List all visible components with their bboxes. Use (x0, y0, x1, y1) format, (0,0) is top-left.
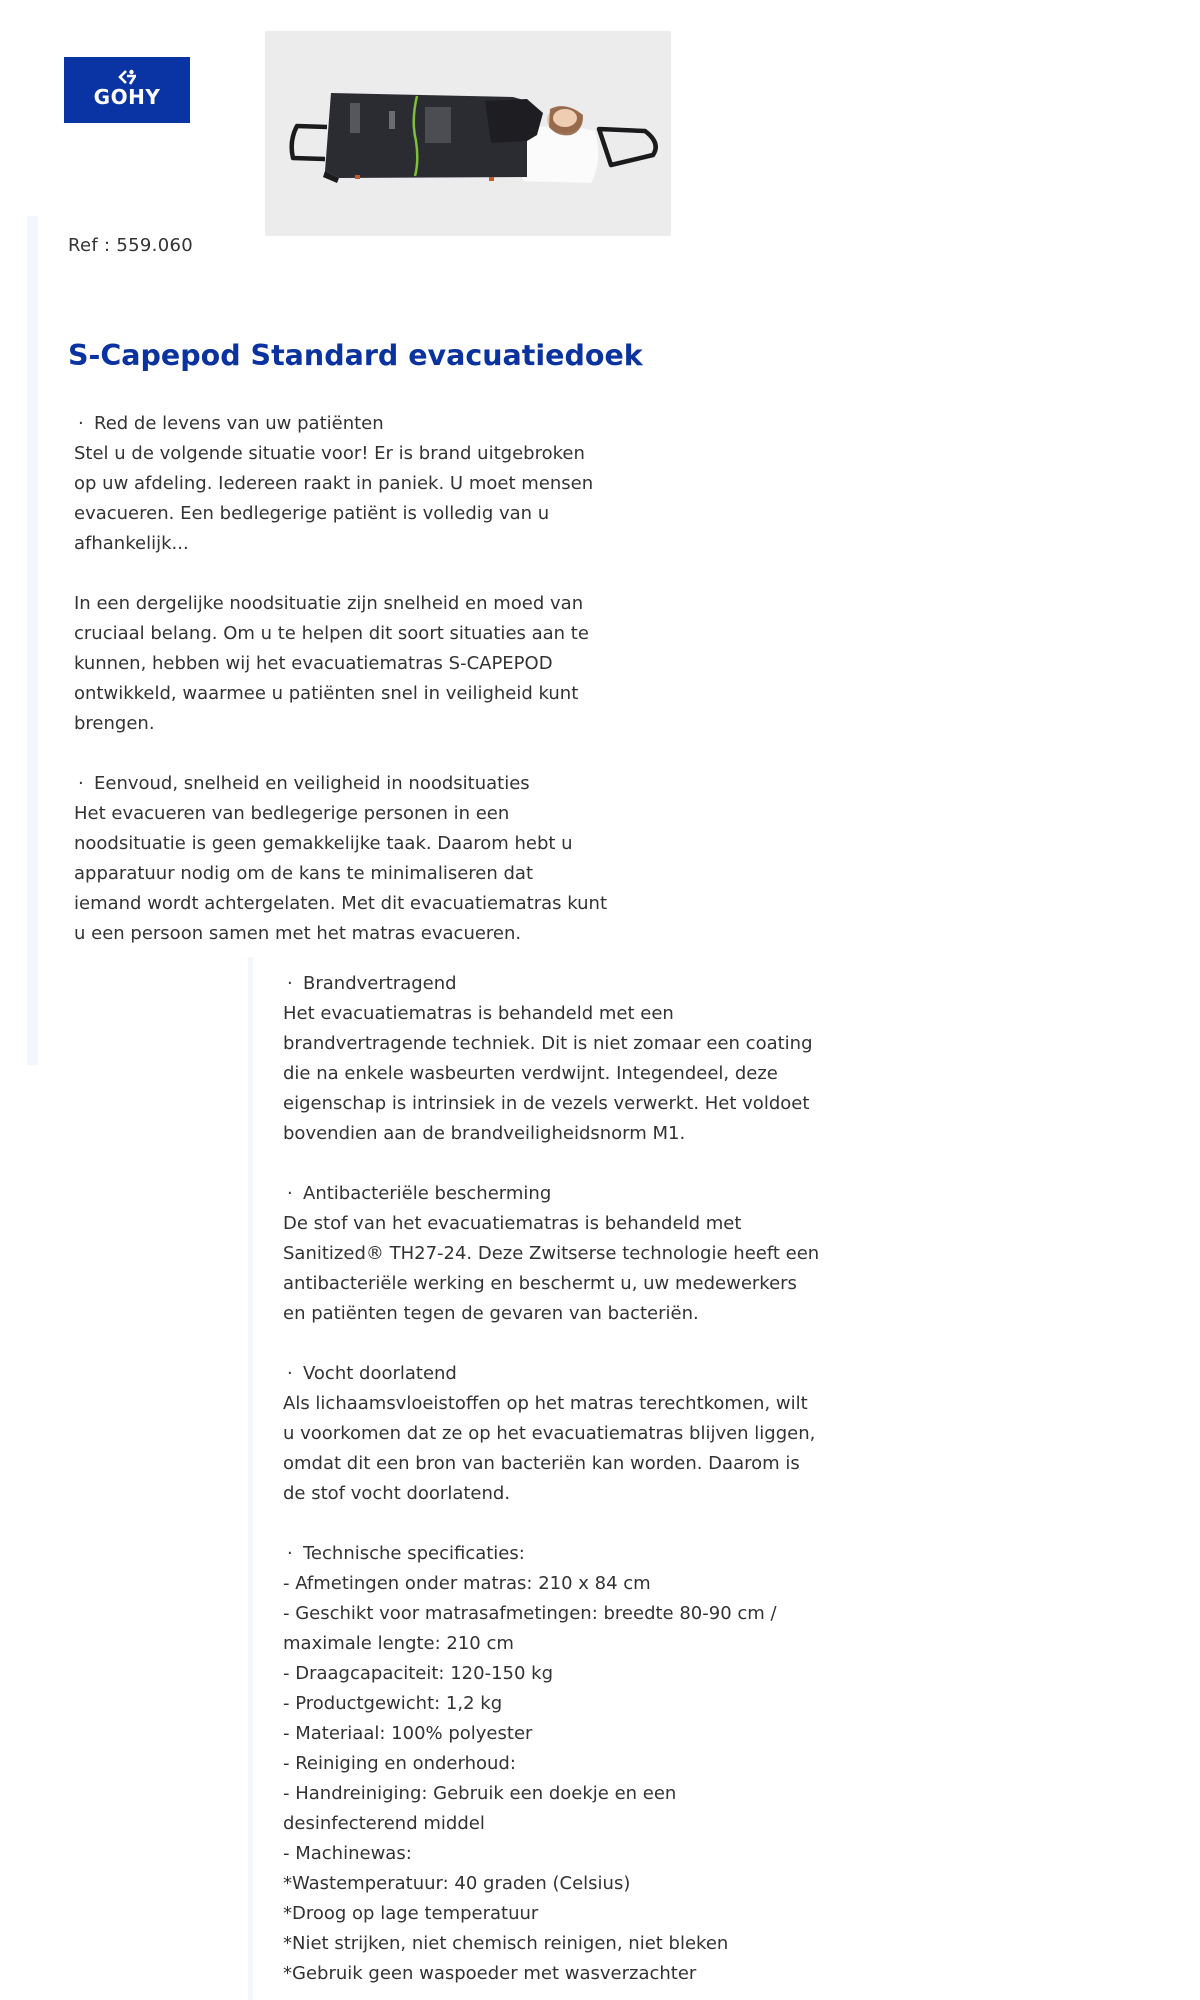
text-line: - Materiaal: 100% polyester (283, 1719, 819, 1749)
text-line: - Machinewas: (283, 1839, 819, 1869)
text-line: omdat dit een bron van bacteriën kan wor… (283, 1449, 819, 1479)
content-accent-stripe (27, 216, 38, 1065)
text-line: Het evacuatiematras is behandeld met een (283, 999, 819, 1029)
description-section: ·Eenvoud, snelheid en veiligheid in nood… (74, 769, 607, 949)
text-line: apparatuur nodig om de kans te minimalis… (74, 859, 607, 889)
gohy-logo-wordmark: GOHY (64, 85, 190, 109)
text-line: eigenschap is intrinsiek in de vezels ve… (283, 1089, 819, 1119)
bullet-icon: · (74, 769, 94, 799)
bullet-icon: · (283, 1179, 303, 1209)
text-line: brandvertragende techniek. Dit is niet z… (283, 1029, 819, 1059)
page-title: S-Capepod Standard evacuatiedoek (68, 336, 643, 376)
text-line: Sanitized® TH27-24. Deze Zwitserse techn… (283, 1239, 819, 1269)
text-line: antibacteriële werking en beschermt u, u… (283, 1269, 819, 1299)
text-line: Het evacueren van bedlegerige personen i… (74, 799, 607, 829)
text-line: desinfecterend middel (283, 1809, 819, 1839)
product-photo (265, 31, 671, 236)
text-line: die na enkele wasbeurten verdwijnt. Inte… (283, 1059, 819, 1089)
text-line: *Wastemperatuur: 40 graden (Celsius) (283, 1869, 819, 1899)
gohy-logo-mark-icon (118, 69, 136, 85)
product-reference: Ref : 559.060 (68, 234, 193, 258)
description-section: ·Antibacteriële beschermingDe stof van h… (283, 1179, 819, 1329)
section-heading: ·Vocht doorlatend (283, 1359, 819, 1389)
text-line: - Handreiniging: Gebruik een doekje en e… (283, 1779, 819, 1809)
text-line: u een persoon samen met het matras evacu… (74, 919, 607, 949)
text-line: - Geschikt voor matrasafmetingen: breedt… (283, 1599, 819, 1629)
text-line: afhankelijk... (74, 529, 607, 559)
section-heading-text: Technische specificaties: (303, 1543, 525, 1564)
text-line: u voorkomen dat ze op het evacuatiematra… (283, 1419, 819, 1449)
content-accent-stripe (248, 957, 253, 2000)
text-line: maximale lengte: 210 cm (283, 1629, 819, 1659)
description-block: ·Red de levens van uw patiëntenStel u de… (74, 409, 607, 949)
description-section: ·Technische specificaties:- Afmetingen o… (283, 1539, 819, 1989)
description-section: ·Vocht doorlatendAls lichaamsvloeistoffe… (283, 1359, 819, 1509)
section-heading: ·Antibacteriële bescherming (283, 1179, 819, 1209)
text-line: Stel u de volgende situatie voor! Er is … (74, 439, 607, 469)
bullet-icon: · (283, 1359, 303, 1389)
text-line: noodsituatie is geen gemakkelijke taak. … (74, 829, 607, 859)
text-line: brengen. (74, 709, 607, 739)
section-heading-text: Red de levens van uw patiënten (94, 413, 384, 434)
description-section: ·Red de levens van uw patiëntenStel u de… (74, 409, 607, 559)
section-heading-text: Vocht doorlatend (303, 1363, 457, 1384)
bullet-icon: · (283, 1539, 303, 1569)
text-line: - Draagcapaciteit: 120-150 kg (283, 1659, 819, 1689)
text-line: - Productgewicht: 1,2 kg (283, 1689, 819, 1719)
text-line: *Gebruik geen waspoeder met wasverzachte… (283, 1959, 819, 1989)
section-heading: ·Technische specificaties: (283, 1539, 819, 1569)
text-line: iemand wordt achtergelaten. Met dit evac… (74, 889, 607, 919)
text-line: In een dergelijke noodsituatie zijn snel… (74, 589, 607, 619)
text-line: de stof vocht doorlatend. (283, 1479, 819, 1509)
text-line: op uw afdeling. Iedereen raakt in paniek… (74, 469, 607, 499)
section-heading: ·Eenvoud, snelheid en veiligheid in nood… (74, 769, 607, 799)
text-line: - Afmetingen onder matras: 210 x 84 cm (283, 1569, 819, 1599)
section-heading: ·Brandvertragend (283, 969, 819, 999)
product-photo-illustration (265, 31, 671, 236)
text-line: De stof van het evacuatiematras is behan… (283, 1209, 819, 1239)
features-block: ·BrandvertragendHet evacuatiematras is b… (283, 969, 819, 1989)
section-heading-text: Antibacteriële bescherming (303, 1183, 551, 1204)
text-line: evacueren. Een bedlegerige patiënt is vo… (74, 499, 607, 529)
text-line: bovendien aan de brandveiligheidsnorm M1… (283, 1119, 819, 1149)
text-line: en patiënten tegen de gevaren van bacter… (283, 1299, 819, 1329)
text-line: *Droog op lage temperatuur (283, 1899, 819, 1929)
text-line: kunnen, hebben wij het evacuatiematras S… (74, 649, 607, 679)
description-section: In een dergelijke noodsituatie zijn snel… (74, 589, 607, 739)
section-heading-text: Brandvertragend (303, 973, 457, 994)
text-line: Als lichaamsvloeistoffen op het matras t… (283, 1389, 819, 1419)
description-section: ·BrandvertragendHet evacuatiematras is b… (283, 969, 819, 1149)
gohy-logo: GOHY (64, 57, 190, 123)
bullet-icon: · (283, 969, 303, 999)
bullet-icon: · (74, 409, 94, 439)
text-line: ontwikkeld, waarmee u patiënten snel in … (74, 679, 607, 709)
section-heading: ·Red de levens van uw patiënten (74, 409, 607, 439)
section-heading-text: Eenvoud, snelheid en veiligheid in noods… (94, 773, 530, 794)
text-line: *Niet strijken, niet chemisch reinigen, … (283, 1929, 819, 1959)
text-line: - Reiniging en onderhoud: (283, 1749, 819, 1779)
text-line: cruciaal belang. Om u te helpen dit soor… (74, 619, 607, 649)
